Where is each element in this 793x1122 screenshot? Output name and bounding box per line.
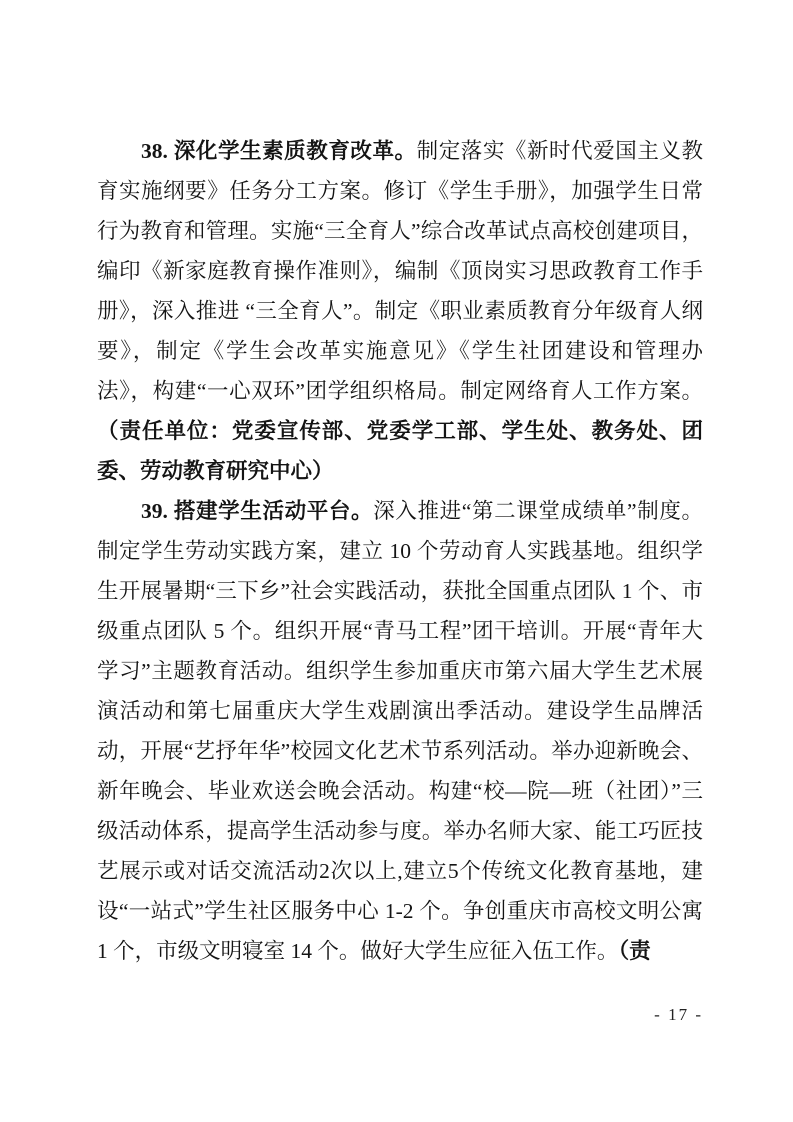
page-number: - 17 - (97, 1002, 703, 1028)
document-body: 38. 深化学生素质教育改革。制定落实《新时代爱国主义教育实施纲要》任务分工方案… (97, 131, 703, 971)
item-39-responsible-units-start: （责 (618, 939, 650, 963)
item-38-heading: 38. 深化学生素质教育改革。 (141, 139, 417, 163)
paragraph-item-39: 39. 搭建学生活动平台。深入推进“第二课堂成绩单”制度。制定学生劳动实践方案，… (97, 491, 703, 971)
item-38-body-text: 制定落实《新时代爱国主义教育实施纲要》任务分工方案。修订《学生手册》，加强学生日… (97, 139, 703, 403)
item-38-responsible-units: （责任单位：党委宣传部、党委学工部、学生处、教务处、团委、劳动教育研究中心） (97, 419, 703, 483)
item-39-body-text: 深入推进“第二课堂成绩单”制度。制定学生劳动实践方案，建立 10 个劳动育人实践… (97, 499, 703, 963)
document-page: 38. 深化学生素质教育改革。制定落实《新时代爱国主义教育实施纲要》任务分工方案… (0, 0, 793, 1122)
paragraph-item-38: 38. 深化学生素质教育改革。制定落实《新时代爱国主义教育实施纲要》任务分工方案… (97, 131, 703, 491)
item-39-heading: 39. 搭建学生活动平台。 (141, 499, 373, 523)
